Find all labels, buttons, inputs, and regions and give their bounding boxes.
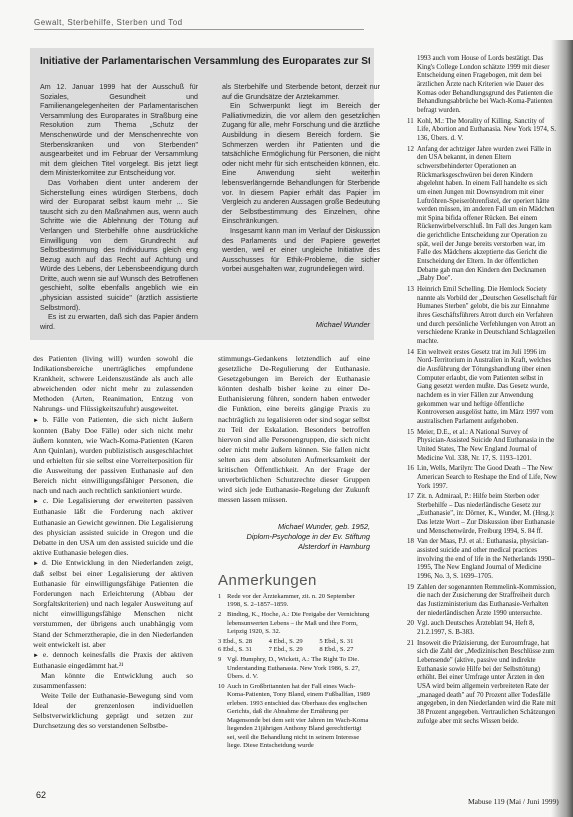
footnote: 3 Ebd., S. 28 (218, 638, 269, 646)
running-head: Gewalt, Sterbehilfe, Sterben und Tod (34, 18, 364, 30)
footnote: 17Zit. n. Admiraal, P.: Hilfe beim Sterb… (407, 493, 557, 536)
main-text-middle-column: stimmungs-Gedankens letztendlich auf ein… (218, 354, 370, 505)
footnote: 18Van der Maas, P.J. et al.: Euthanasia,… (407, 538, 557, 581)
footnote: 7 Ebd., S. 29 (269, 646, 320, 654)
sidebar-paragraph: Insgesamt kann man im Verlauf der Diskus… (222, 227, 380, 275)
sidebar-paragraph: Es ist zu erwarten, daß sich das Papier … (40, 313, 198, 332)
body-paragraph: Weite Teile der Euthanasie-Bewegung sind… (33, 691, 193, 731)
body-paragraph: Man könnte die Entwicklung auch so zusam… (33, 671, 193, 691)
footnote-grid: 3 Ebd., S. 28 4 Ebd., S. 29 5 Ebd., S. 3… (218, 638, 370, 655)
body-paragraph: stimmungs-Gedankens letztendlich auf ein… (218, 354, 370, 505)
footnote: 20Vgl. auch Deutsches Ärzteblatt 94, Hef… (407, 620, 557, 637)
footnote: 1993 auch vom House of Lords bestätigt. … (407, 55, 557, 116)
footnote: 6 Ebd., S. 31 (218, 646, 269, 654)
footnote: 12Anfang der achtziger Jahre wurden zwei… (407, 146, 557, 285)
footnote: 14Ein weltweit erstes Gesetz trat im Jul… (407, 349, 557, 427)
signature-place: Alsterdorf in Hamburg (220, 542, 370, 552)
bullet-paragraph: e. dennoch keinesfalls die Praxis der ak… (33, 650, 193, 671)
main-text-left-column: des Patienten (living will) wurden sowoh… (33, 354, 193, 731)
footnote: 13Heinrich Emil Schelling. Die Hemlock S… (407, 286, 557, 347)
footnote: 1Rede vor der Ärztekammer, zit. n. 20 Se… (218, 593, 370, 610)
page-gutter-shadow (551, 40, 573, 817)
sidebar-paragraph: als Sterbehilfe und Sterbende betont, de… (222, 83, 380, 102)
footnote: 16Lin, Wells, Marilyn: The Good Death – … (407, 465, 557, 491)
footnote: 10Auch in Großbritannien hat der Fall ei… (218, 683, 370, 750)
footnote: 4 Ebd., S. 29 (269, 638, 320, 646)
footnote: 21Insoweit die Präzisierung, der Euroumf… (407, 640, 557, 727)
signature-role: Diplom-Psychologe in der Ev. Stiftung (220, 532, 370, 542)
bullet-paragraph: c. Die Legalisierung der erweiterten pas… (33, 496, 193, 558)
footnote: 9Vgl. Humphry, D., Wickett, A.: The Righ… (218, 656, 370, 681)
document-page: Gewalt, Sterbehilfe, Sterben und Tod Ini… (0, 0, 573, 817)
sidebar-author: Michael Wunder (300, 320, 370, 329)
page-number: 62 (36, 790, 46, 800)
sidebar-box-left-column: Am 12. Januar 1999 hat der Ausschuß für … (40, 83, 198, 332)
sidebar-paragraph: Ein Schwerpunkt liegt im Bereich der Pal… (222, 102, 380, 227)
sidebar-paragraph: Das Vorhaben dient unter anderem der Sic… (40, 179, 198, 313)
footnote: 8 Ebd., S. 27 (319, 646, 370, 654)
body-paragraph: des Patienten (living will) wurden sowoh… (33, 354, 193, 415)
sidebar-paragraph: Am 12. Januar 1999 hat der Ausschuß für … (40, 83, 198, 179)
footnote: 2Binding, K., Hoche, A.: Die Freigabe de… (218, 611, 370, 636)
notes-heading: Anmerkungen (218, 572, 317, 589)
author-signature: Michael Wunder, geb. 1952, Diplom-Psycho… (220, 522, 370, 552)
sidebar-box-right-column: als Sterbehilfe und Sterbende betont, de… (222, 83, 380, 275)
bullet-paragraph: d. Die Entwicklung in den Niederlanden z… (33, 558, 193, 650)
footnote: 5 Ebd., S. 31 (319, 638, 370, 646)
footnote: 19Zahlen der sogenannten Remmelink-Kommi… (407, 584, 557, 619)
footnote: 15Meier, D.E., et al.: A National Survey… (407, 429, 557, 464)
sidebar-box-title: Initiative der Parlamentarischen Versamm… (40, 56, 370, 67)
footnotes-list: 1Rede vor der Ärztekammer, zit. n. 20 Se… (218, 593, 370, 752)
magazine-footer: Mabuse 119 (Mai / Juni 1999) (468, 797, 559, 806)
bullet-paragraph: b. Fälle von Patienten, die sich nicht ä… (33, 415, 193, 497)
footnotes-right-column: 1993 auch vom House of Lords bestätigt. … (407, 55, 557, 728)
signature-name: Michael Wunder, geb. 1952, (220, 522, 370, 532)
footnote: 11Kohl, M.: The Morality of Killing. San… (407, 118, 557, 144)
